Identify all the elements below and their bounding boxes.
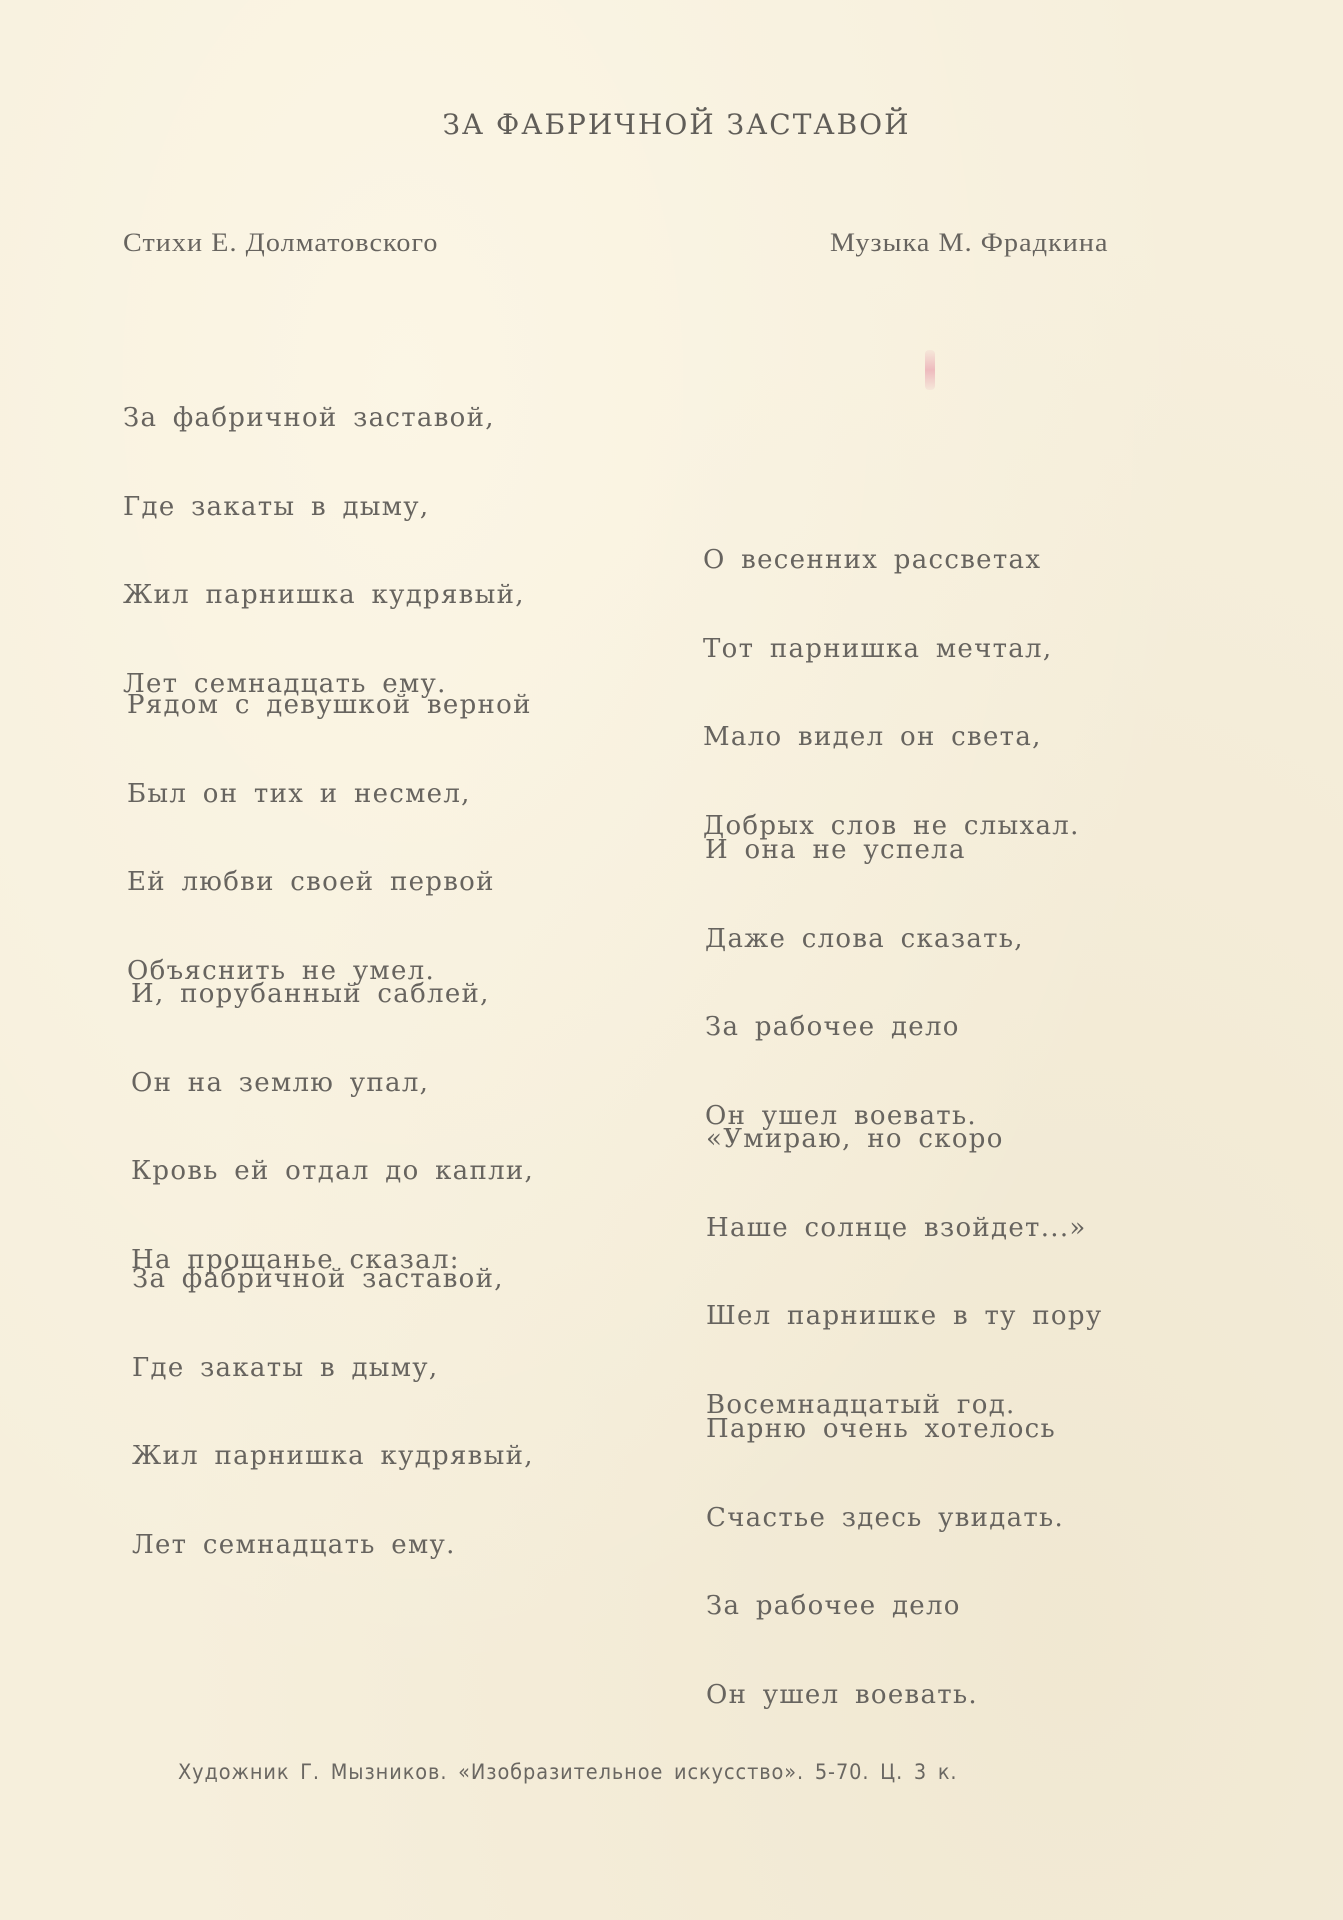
stanza-line: О весенних рассветах [703, 546, 1080, 576]
stanza-line: За рабочее дело [705, 1013, 1024, 1043]
stanza-line: Счастье здесь увидать. [706, 1504, 1064, 1534]
publication-footer: Художник Г. Мызников. «Изобразительное и… [178, 1760, 957, 1784]
stanza-line: Он на землю упал, [131, 1069, 534, 1099]
stanza-line: Наше солнце взойдет...» [706, 1214, 1102, 1244]
pink-ink-mark [925, 350, 935, 390]
stanza-7: За фабричной заставой, Где закаты в дыму… [132, 1206, 534, 1590]
stanza-line: Кровь ей отдал до капли, [131, 1157, 534, 1187]
stanza-8: Парню очень хотелось Счастье здесь увида… [706, 1356, 1064, 1740]
stanza-line: За рабочее дело [706, 1592, 1064, 1622]
stanza-line: За фабричной заставой, [132, 1265, 534, 1295]
stanza-line: Жил парнишка кудрявый, [123, 581, 525, 611]
stanza-line: За фабричной заставой, [123, 404, 525, 434]
stanza-line: Тот парнишка мечтал, [703, 635, 1080, 665]
stanza-line: И она не успела [705, 836, 1024, 866]
song-title: ЗА ФАБРИЧНОЙ ЗАСТАВОЙ [0, 108, 1343, 141]
stanza-line: Шел парнишке в ту пору [706, 1302, 1102, 1332]
stanza-line: Был он тих и несмел, [127, 780, 532, 810]
stanza-line: Где закаты в дыму, [132, 1354, 534, 1384]
stanza-line: И, порубанный саблей, [131, 980, 534, 1010]
music-credit: Музыка М. Фрадкина [830, 228, 1109, 258]
stanza-line: Он ушел воевать. [706, 1681, 1064, 1711]
stanza-line: Даже слова сказать, [705, 925, 1024, 955]
stanza-line: Ей любви своей первой [127, 868, 532, 898]
stanza-line: Где закаты в дыму, [123, 493, 525, 523]
stanza-line: «Умираю, но скоро [706, 1125, 1102, 1155]
stanza-line: Мало видел он света, [703, 723, 1080, 753]
stanza-line: Лет семнадцать ему. [132, 1531, 534, 1561]
stanza-line: Парню очень хотелось [706, 1415, 1064, 1445]
lyrics-credit: Стихи Е. Долматовского [123, 228, 438, 258]
stanza-line: Рядом с девушкой верной [127, 691, 532, 721]
stanza-line: Жил парнишка кудрявый, [132, 1442, 534, 1472]
